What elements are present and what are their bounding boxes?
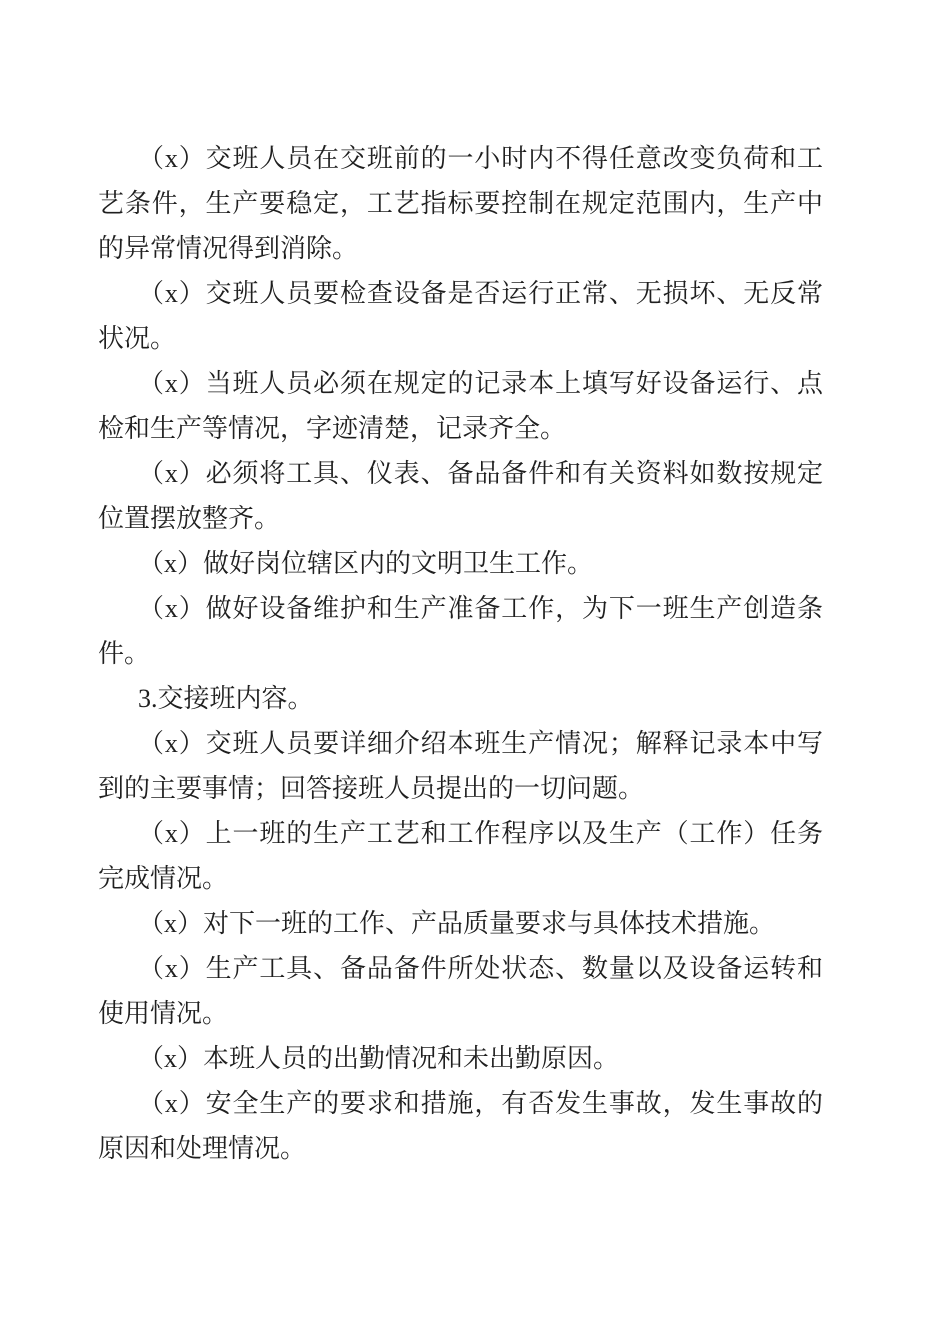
numbered-list-item: 3.交接班内容。 bbox=[98, 676, 823, 721]
paragraph: （x）本班人员的出勤情况和未出勤原因。 bbox=[98, 1036, 823, 1081]
paragraph: （x）生产工具、备品备件所处状态、数量以及设备运转和使用情况。 bbox=[98, 946, 823, 1036]
paragraph: （x）做好岗位辖区内的文明卫生工作。 bbox=[98, 541, 823, 586]
paragraph: （x）对下一班的工作、产品质量要求与具体技术措施。 bbox=[98, 901, 823, 946]
paragraph: （x）上一班的生产工艺和工作程序以及生产（工作）任务完成情况。 bbox=[98, 811, 823, 901]
document-body: （x）交班人员在交班前的一小时内不得任意改变负荷和工艺条件，生产要稳定，工艺指标… bbox=[98, 136, 823, 1171]
paragraph: （x）交班人员在交班前的一小时内不得任意改变负荷和工艺条件，生产要稳定，工艺指标… bbox=[98, 136, 823, 271]
paragraph: （x）当班人员必须在规定的记录本上填写好设备运行、点检和生产等情况，字迹清楚，记… bbox=[98, 361, 823, 451]
paragraph: （x）安全生产的要求和措施，有否发生事故，发生事故的原因和处理情况。 bbox=[98, 1081, 823, 1171]
paragraph: （x）交班人员要详细介绍本班生产情况；解释记录本中写到的主要事情；回答接班人员提… bbox=[98, 721, 823, 811]
paragraph: （x）必须将工具、仪表、备品备件和有关资料如数按规定位置摆放整齐。 bbox=[98, 451, 823, 541]
paragraph: （x）做好设备维护和生产准备工作，为下一班生产创造条件。 bbox=[98, 586, 823, 676]
document-page: （x）交班人员在交班前的一小时内不得任意改变负荷和工艺条件，生产要稳定，工艺指标… bbox=[0, 0, 950, 1344]
paragraph: （x）交班人员要检查设备是否运行正常、无损坏、无反常状况。 bbox=[98, 271, 823, 361]
